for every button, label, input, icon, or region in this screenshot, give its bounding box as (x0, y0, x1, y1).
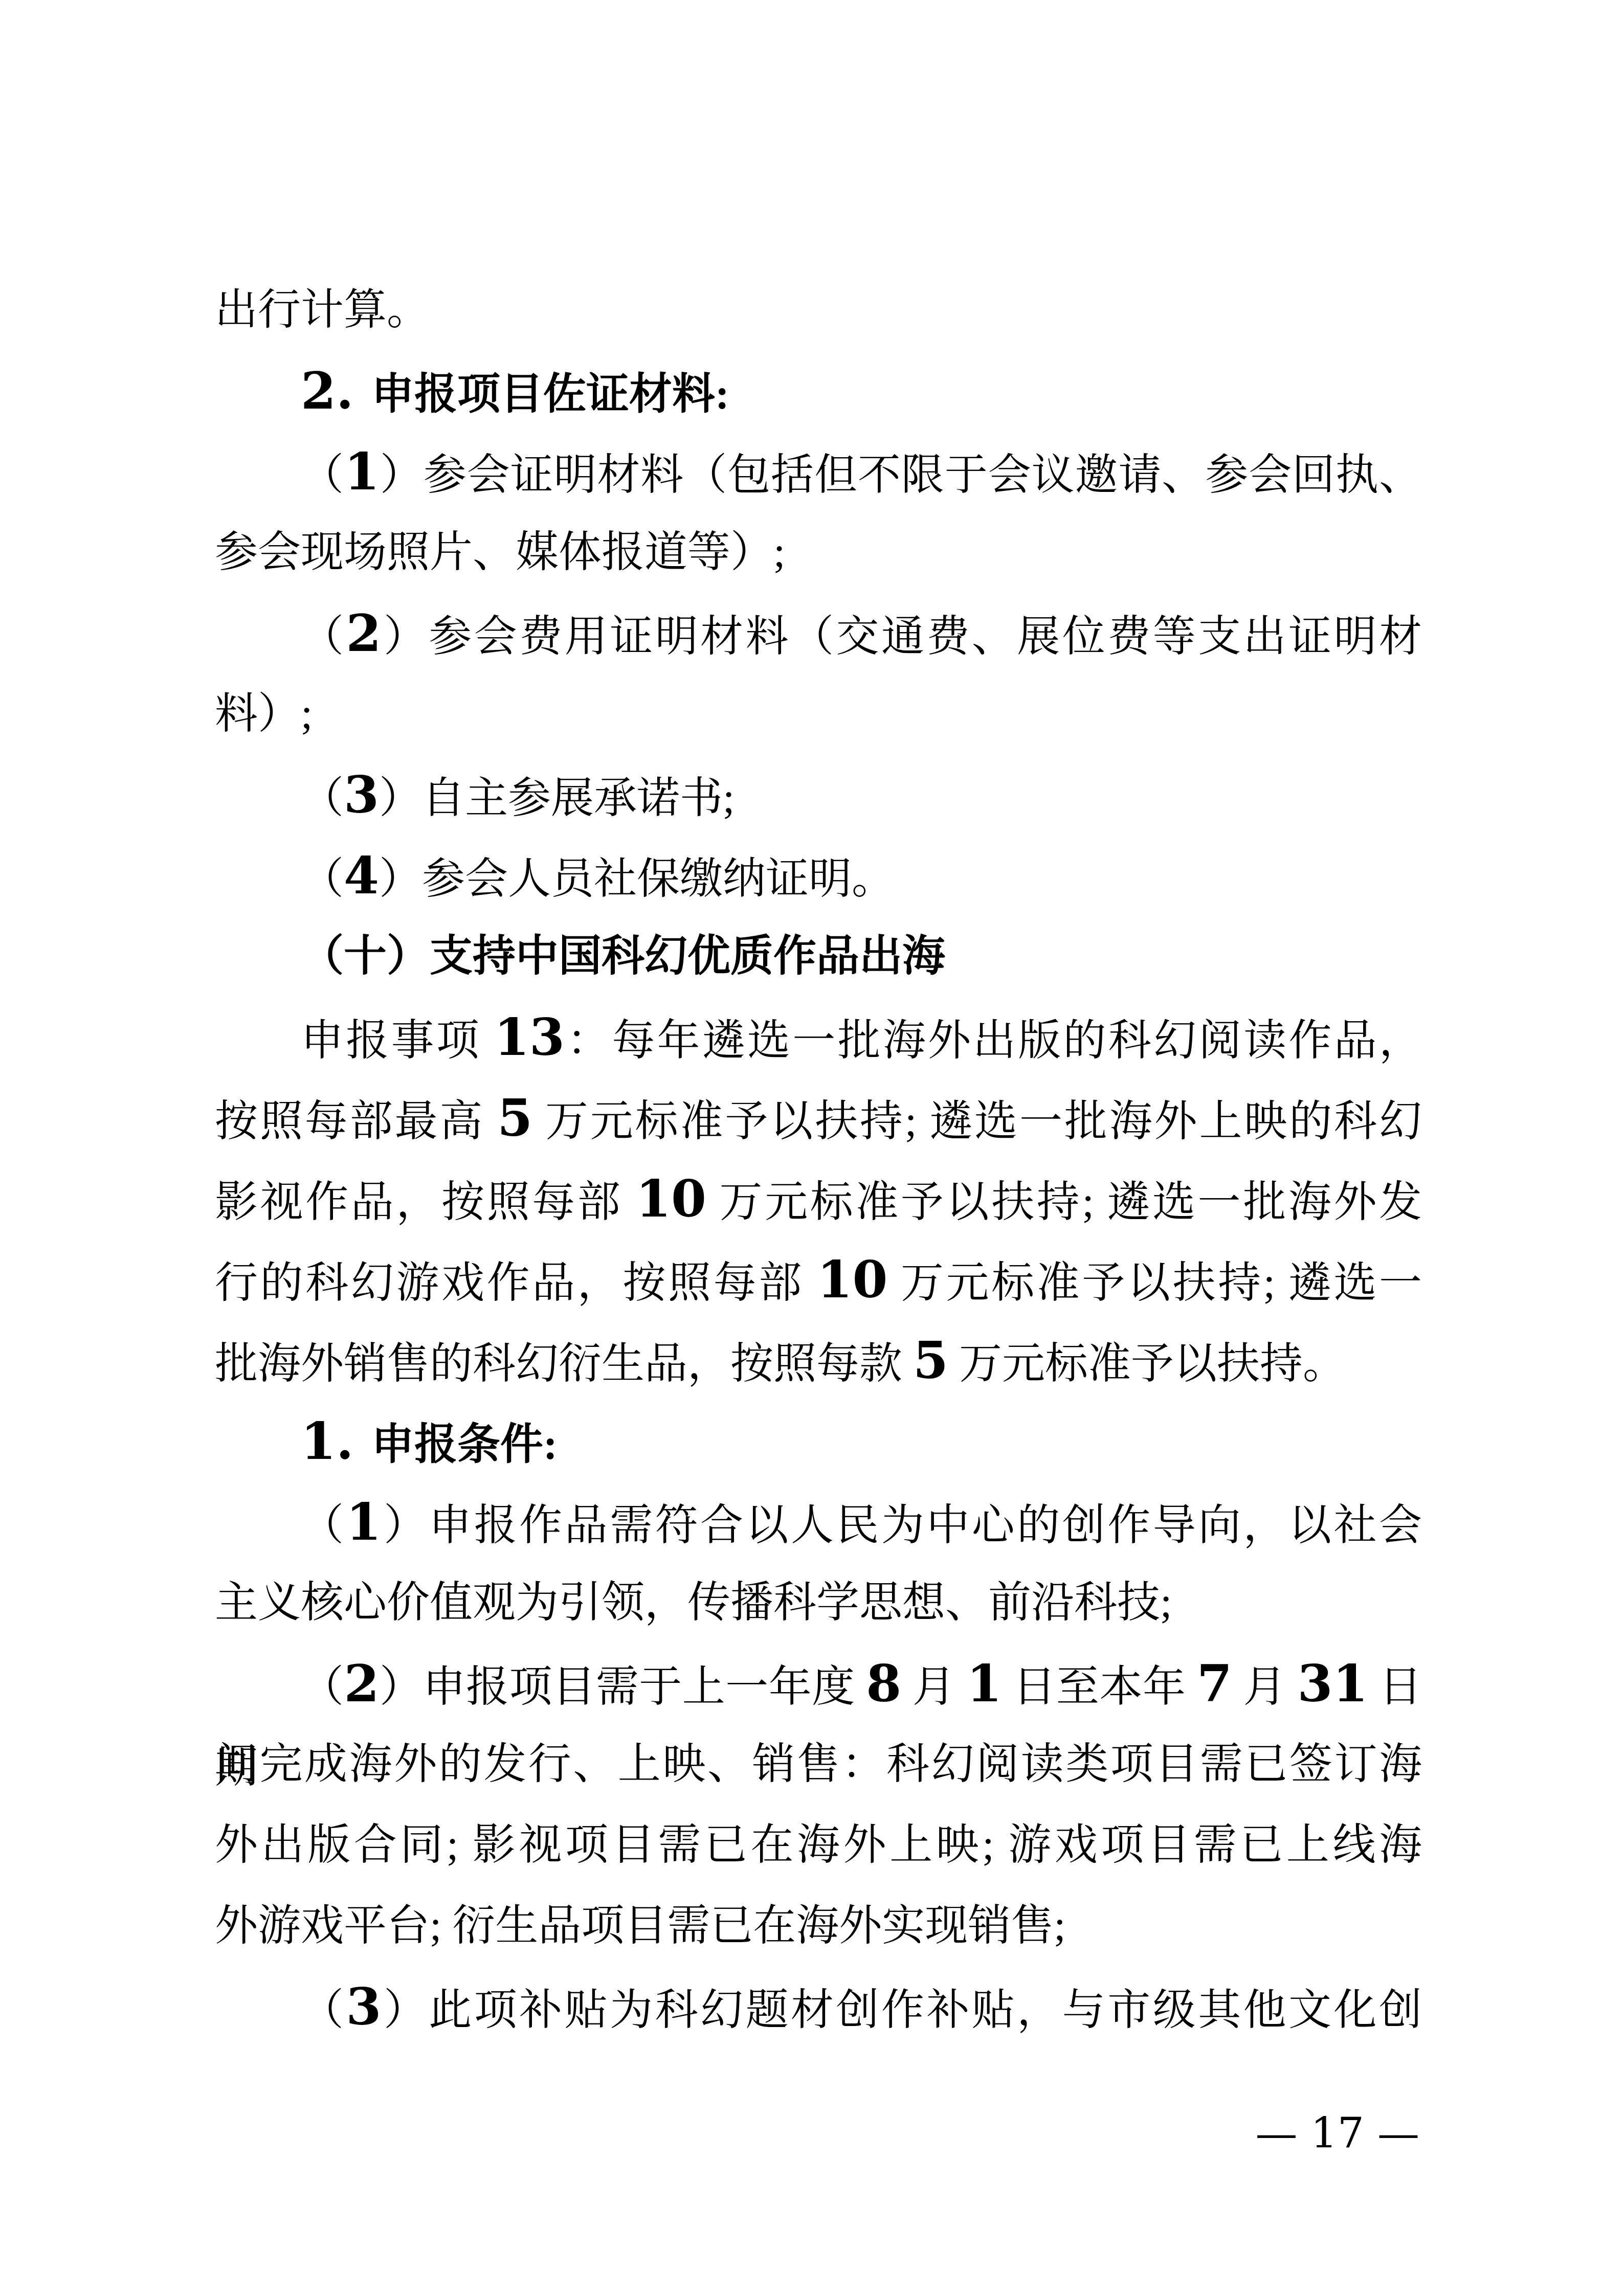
text-segment: 2. (301, 362, 371, 421)
text-segment: 2 (346, 604, 381, 663)
text-line-5: （2）参会费用证明材料（交通费、展位费等支出证明材 (215, 593, 1422, 674)
text-segment: 3 (346, 1977, 381, 2037)
text-segment: 月 (901, 1663, 967, 1711)
text-segment: 万元标准予以扶持; 遴选一批海外发 (706, 1179, 1422, 1226)
text-segment: 料）; (215, 690, 313, 738)
text-segment: ） (381, 613, 429, 661)
text-segment: 4 (344, 846, 379, 906)
text-line-21: 外游戏平台; 衍生品项目需已在海外实现销售; (215, 1886, 1422, 1967)
text-line-20: 外出版合同; 影视项目需已在海外上映; 游戏项目需已上线海 (215, 1805, 1422, 1886)
text-segment: 外出版合同; 影视项目需已在海外上映; 游戏项目需已上线海 (215, 1821, 1422, 1869)
text-segment: 万元标准予以扶持。 (948, 1340, 1346, 1388)
document-page: 出行计算。2. 申报项目佐证材料:（1）参会证明材料（包括但不限于会议邀请、参会… (0, 0, 1624, 2296)
text-segment: 按照每部最高 (215, 1098, 497, 1145)
text-segment: 日至本年 (1002, 1663, 1197, 1711)
text-line-3: （1）参会证明材料（包括但不限于会议邀请、参会回执、 (215, 432, 1422, 512)
text-line-7: （3）自主参展承诺书; (215, 755, 1422, 836)
text-segment: 10 (636, 1169, 706, 1229)
text-line-4: 参会现场照片、媒体报道等）; (215, 512, 1422, 593)
text-line-8: （4）参会人员社保缴纳证明。 (215, 836, 1422, 916)
text-segment: （十）支持中国科幻优质作品出海 (301, 933, 945, 980)
text-line-13: 行的科幻游戏作品，按照每部 10 万元标准予以扶持; 遴选一 (215, 1240, 1422, 1320)
text-segment: 8 (866, 1654, 901, 1714)
text-segment: 1 (346, 1493, 381, 1552)
text-segment: 万元标准予以扶持; 遴选一 (887, 1259, 1422, 1307)
text-segment: 参会人员社保缴纳证明。 (422, 856, 895, 903)
text-segment: 2 (344, 1654, 380, 1714)
text-segment: 出行计算。 (215, 286, 430, 334)
text-segment: 申报项目需于上一年度 (423, 1663, 866, 1711)
text-segment: （ (301, 1987, 346, 2034)
text-segment: 自主参展承诺书; (422, 775, 735, 822)
text-segment: 参会证明材料（包括但不限于会议邀请、参会回执、 (424, 452, 1422, 499)
text-segment: 1. (301, 1412, 371, 1471)
text-segment: 5 (497, 1089, 532, 1148)
text-segment: （ (301, 1502, 346, 1549)
text-segment: 31 (1298, 1654, 1368, 1714)
text-line-12: 影视作品，按照每部 10 万元标准予以扶持; 遴选一批海外发 (215, 1159, 1422, 1240)
text-line-9: （十）支持中国科幻优质作品出海 (215, 916, 1422, 997)
text-line-1: 出行计算。 (215, 270, 1422, 351)
text-segment: （ (301, 613, 346, 661)
text-segment: 3 (344, 766, 379, 825)
text-segment: 月 (1232, 1663, 1298, 1711)
text-segment: 申报作品需符合以人民为中心的创作导向，以社会 (429, 1502, 1422, 1549)
text-segment: 7 (1197, 1654, 1232, 1714)
text-segment: 此项补贴为科幻题材创作补贴，与市级其他文化创 (429, 1987, 1422, 2034)
text-segment: 主义核心价值观为引领，传播科学思想、前沿科技; (215, 1579, 1172, 1627)
text-segment: （ (301, 856, 344, 903)
text-segment: 万元标准予以扶持; 遴选一批海外上映的科幻 (532, 1098, 1422, 1145)
text-line-10: 申报事项 13：每年遴选一批海外出版的科幻阅读作品， (215, 997, 1422, 1078)
text-line-17: 主义核心价值观为引领，传播科学思想、前沿科技; (215, 1563, 1422, 1644)
text-segment: （ (301, 775, 344, 822)
text-segment: 1 (967, 1654, 1002, 1714)
text-segment: 1 (344, 442, 380, 502)
text-segment: ） (379, 775, 422, 822)
text-line-11: 按照每部最高 5 万元标准予以扶持; 遴选一批海外上映的科幻 (215, 1078, 1422, 1159)
text-line-14: 批海外销售的科幻衍生品，按照每款 5 万元标准予以扶持。 (215, 1320, 1422, 1401)
text-segment: （ (301, 1663, 344, 1711)
text-line-19: 间完成海外的发行、上映、销售：科幻阅读类项目需已签订海 (215, 1724, 1422, 1805)
text-segment: 13 (494, 1008, 565, 1067)
text-line-22: （3）此项补贴为科幻题材创作补贴，与市级其他文化创 (215, 1967, 1422, 2047)
text-segment: ） (381, 1502, 429, 1549)
text-segment: ：每年遴选一批海外出版的科幻阅读作品， (565, 1017, 1422, 1065)
text-segment: 批海外销售的科幻衍生品，按照每款 (215, 1340, 913, 1388)
text-segment: ） (380, 452, 424, 499)
text-line-6: 料）; (215, 674, 1422, 755)
text-segment: 申报事项 (301, 1017, 494, 1065)
text-line-2: 2. 申报项目佐证材料: (215, 351, 1422, 432)
text-segment: 10 (817, 1250, 887, 1310)
text-segment: 外游戏平台; 衍生品项目需已在海外实现销售; (215, 1902, 1066, 1950)
text-line-16: （1）申报作品需符合以人民为中心的创作导向，以社会 (215, 1482, 1422, 1563)
page-number-text: — 17 — (1256, 2109, 1419, 2158)
text-segment: ） (380, 1663, 423, 1711)
text-segment: 参会费用证明材料（交通费、展位费等支出证明材 (429, 613, 1422, 661)
text-segment: 申报条件: (371, 1421, 558, 1469)
text-segment: （ (301, 452, 344, 499)
text-segment: 申报项目佐证材料: (371, 371, 729, 418)
text-segment: ） (381, 1987, 429, 2034)
text-segment: 影视作品，按照每部 (215, 1179, 636, 1226)
text-segment: 行的科幻游戏作品，按照每部 (215, 1259, 817, 1307)
text-line-18: （2）申报项目需于上一年度 8 月 1 日至本年 7 月 31 日期 (215, 1644, 1422, 1724)
text-segment: 间完成海外的发行、上映、销售：科幻阅读类项目需已签订海 (215, 1741, 1422, 1788)
page-number: — 17 — (1256, 2106, 1419, 2162)
text-segment: ） (379, 856, 422, 903)
text-segment: 参会现场照片、媒体报道等）; (215, 529, 785, 576)
text-segment: 5 (913, 1331, 948, 1390)
text-line-15: 1. 申报条件: (215, 1401, 1422, 1482)
document-body: 出行计算。2. 申报项目佐证材料:（1）参会证明材料（包括但不限于会议邀请、参会… (215, 270, 1422, 2047)
